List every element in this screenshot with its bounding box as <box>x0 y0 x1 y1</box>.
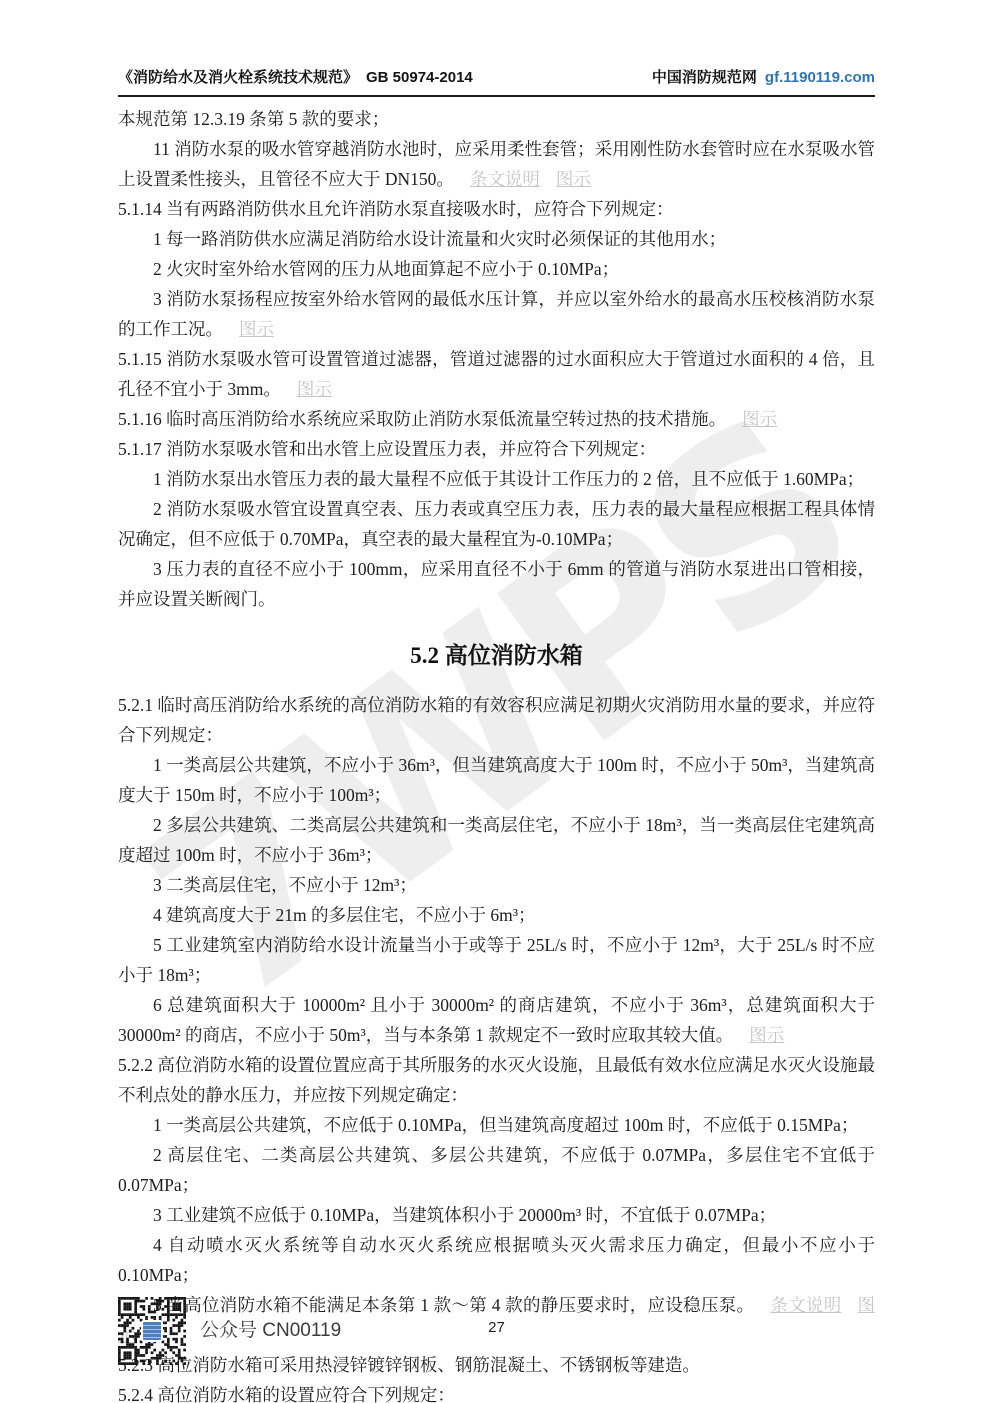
paragraph: 5.1.14 当有两路消防供水且允许消防水泵直接吸水时，应符合下列规定： <box>118 194 875 224</box>
paragraph: 3 压力表的直径不应小于 100mm，应采用直径不小于 6mm 的管道与消防水泵… <box>118 554 875 614</box>
text-run: 5.1.17 消防水泵吸水管和出水管上应设置压力表，并应符合下列规定： <box>118 439 656 459</box>
paragraph: 2 消防水泵吸水管宜设置真空表、压力表或真空压力表，压力表的最大量程应根据工程具… <box>118 494 875 554</box>
page-header: 《消防给水及消火栓系统技术规范》GB 50974-2014 中国消防规范网gf.… <box>118 66 875 97</box>
paragraph: 1 消防水泵出水管压力表的最大量程不应低于其设计工作压力的 2 倍，且不应低于 … <box>118 464 875 494</box>
header-code: GB 50974-2014 <box>366 69 473 86</box>
paragraph: 5.2.4 高位消防水箱的设置应符合下列规定： <box>118 1380 875 1403</box>
text-run: 1 每一路消防供水应满足消防给水设计流量和火灾时必须保证的其他用水； <box>153 229 726 249</box>
text-run: 1 一类高层公共建筑，不应低于 0.10MPa，但当建筑高度超过 100m 时，… <box>153 1115 858 1135</box>
paragraph: 2 多层公共建筑、二类高层公共建筑和一类高层住宅，不应小于 18m³，当一类高层… <box>118 810 875 870</box>
paragraph: 6 总建筑面积大于 10000m² 且小于 30000m² 的商店建筑，不应小于… <box>118 990 875 1050</box>
figure-link[interactable]: 图示 <box>556 169 591 189</box>
paragraph: 5.2.2 高位消防水箱的设置位置应高于其所服务的水灭火设施，且最低有效水位应满… <box>118 1050 875 1110</box>
paragraph: 1 一类高层公共建筑，不应小于 36m³，但当建筑高度大于 100m 时，不应小… <box>118 750 875 810</box>
document-body: 本规范第 12.3.19 条第 5 款的要求；11 消防水泵的吸水管穿越消防水池… <box>118 104 875 1403</box>
paragraph: 本规范第 12.3.19 条第 5 款的要求； <box>118 104 875 134</box>
figure-link[interactable]: 图示 <box>239 319 274 339</box>
header-title: 《消防给水及消火栓系统技术规范》 <box>118 69 358 86</box>
figure-link[interactable]: 图示 <box>742 409 777 429</box>
text-run: 5.2.1 临时高压消防给水系统的高位消防水箱的有效容积应满足初期火灾消防用水量… <box>118 695 875 745</box>
document-page: 7WPS 《消防给水及消火栓系统技术规范》GB 50974-2014 中国消防规… <box>0 0 993 1403</box>
paragraph: 2 火灾时室外给水管网的压力从地面算起不应小于 0.10MPa； <box>118 254 875 284</box>
paragraph: 5.2.1 临时高压消防给水系统的高位消防水箱的有效容积应满足初期火灾消防用水量… <box>118 690 875 750</box>
text-run: 3 压力表的直径不应小于 100mm，应采用直径不小于 6mm 的管道与消防水泵… <box>118 559 875 609</box>
paragraph: 3 消防水泵扬程应按室外给水管网的最低水压计算，并应以室外给水的最高水压校核消防… <box>118 284 875 344</box>
text-run: 1 一类高层公共建筑，不应小于 36m³，但当建筑高度大于 100m 时，不应小… <box>118 755 875 805</box>
text-run: 5.1.15 消防水泵吸水管可设置管道过滤器，管道过滤器的过水面积应大于管道过水… <box>118 349 875 399</box>
header-site-name: 中国消防规范网 <box>652 69 757 86</box>
text-run: 5.2.4 高位消防水箱的设置应符合下列规定： <box>118 1385 455 1403</box>
text-run: 5.1.16 临时高压消防给水系统应采取防止消防水泵低流量空转过热的技术措施。 <box>118 409 726 429</box>
page-number: 27 <box>0 1319 993 1336</box>
paragraph: 5 工业建筑室内消防给水设计流量当小于或等于 25L/s 时，不应小于 12m³… <box>118 930 875 990</box>
paragraph: 5.1.15 消防水泵吸水管可设置管道过滤器，管道过滤器的过水面积应大于管道过水… <box>118 344 875 404</box>
text-run: 2 高层住宅、二类高层公共建筑、多层公共建筑，不应低于 0.07MPa，多层住宅… <box>118 1145 875 1195</box>
text-run: 3 消防水泵扬程应按室外给水管网的最低水压计算，并应以室外给水的最高水压校核消防… <box>118 289 875 339</box>
text-run: 4 建筑高度大于 21m 的多层住宅，不应小于 6m³； <box>153 905 535 925</box>
paragraph: 3 二类高层住宅，不应小于 12m³； <box>118 870 875 900</box>
text-run: 3 二类高层住宅，不应小于 12m³； <box>153 875 417 895</box>
paragraph: 5.1.17 消防水泵吸水管和出水管上应设置压力表，并应符合下列规定： <box>118 434 875 464</box>
paragraph: 5.1.16 临时高压消防给水系统应采取防止消防水泵低流量空转过热的技术措施。图… <box>118 404 875 434</box>
text-run: 5 工业建筑室内消防给水设计流量当小于或等于 25L/s 时，不应小于 12m³… <box>118 935 875 985</box>
text-run: 2 消防水泵吸水管宜设置真空表、压力表或真空压力表，压力表的最大量程应根据工程具… <box>118 499 875 549</box>
text-run: 本规范第 12.3.19 条第 5 款的要求； <box>118 109 389 129</box>
paragraph: 3 工业建筑不应低于 0.10MPa，当建筑体积小于 20000m³ 时，不宜低… <box>118 1200 875 1230</box>
paragraph: 2 高层住宅、二类高层公共建筑、多层公共建筑，不应低于 0.07MPa，多层住宅… <box>118 1140 875 1200</box>
page-footer: 公众号 CN00119 27 <box>0 1293 993 1383</box>
header-right: 中国消防规范网gf.1190119.com <box>652 66 875 87</box>
text-run: 2 火灾时室外给水管网的压力从地面算起不应小于 0.10MPa； <box>153 259 619 279</box>
paragraph: 4 自动喷水灭火系统等自动水灭火系统应根据喷头灭火需求压力确定，但最小不应小于 … <box>118 1230 875 1290</box>
section-heading: 5.2 高位消防水箱 <box>118 640 875 672</box>
text-run: 4 自动喷水灭火系统等自动水灭火系统应根据喷头灭火需求压力确定，但最小不应小于 … <box>118 1235 875 1285</box>
explanation-link[interactable]: 条文说明 <box>470 169 540 189</box>
paragraph: 1 一类高层公共建筑，不应低于 0.10MPa，但当建筑高度超过 100m 时，… <box>118 1110 875 1140</box>
figure-link[interactable]: 图示 <box>297 379 332 399</box>
text-run: 3 工业建筑不应低于 0.10MPa，当建筑体积小于 20000m³ 时，不宜低… <box>153 1205 776 1225</box>
text-run: 5.1.14 当有两路消防供水且允许消防水泵直接吸水时，应符合下列规定： <box>118 199 674 219</box>
text-run: 2 多层公共建筑、二类高层公共建筑和一类高层住宅，不应小于 18m³，当一类高层… <box>118 815 875 865</box>
figure-link[interactable]: 图示 <box>749 1025 784 1045</box>
paragraph: 4 建筑高度大于 21m 的多层住宅，不应小于 6m³； <box>118 900 875 930</box>
header-left: 《消防给水及消火栓系统技术规范》GB 50974-2014 <box>118 66 473 87</box>
paragraph: 11 消防水泵的吸水管穿越消防水池时，应采用柔性套管；采用刚性防水套管时应在水泵… <box>118 134 875 194</box>
text-run: 1 消防水泵出水管压力表的最大量程不应低于其设计工作压力的 2 倍，且不应低于 … <box>153 469 864 489</box>
header-site-link[interactable]: gf.1190119.com <box>765 69 875 86</box>
paragraph: 1 每一路消防供水应满足消防给水设计流量和火灾时必须保证的其他用水； <box>118 224 875 254</box>
text-run: 5.2.2 高位消防水箱的设置位置应高于其所服务的水灭火设施，且最低有效水位应满… <box>118 1055 875 1105</box>
